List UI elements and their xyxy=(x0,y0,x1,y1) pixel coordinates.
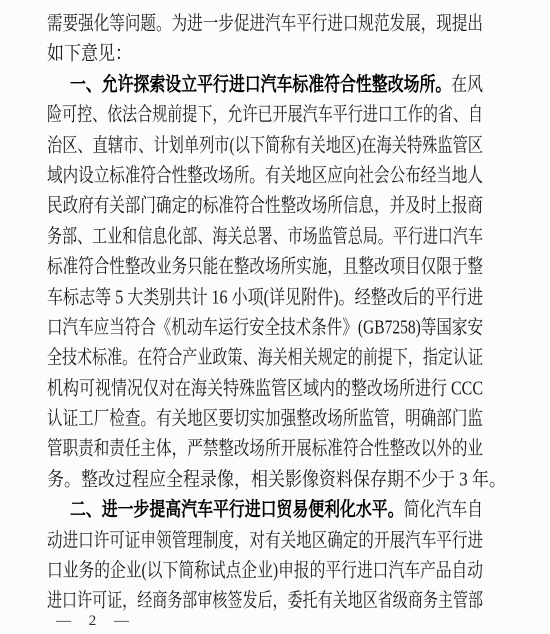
text-line: 标准符合性整改业务只能在整改场所实施，且整改项目仅限于整 xyxy=(47,252,483,282)
text-line: 险可控、依法合规前提下，允许已开展汽车平行进口工作的省、自 xyxy=(47,100,483,130)
body-text: 在风 xyxy=(451,73,483,95)
body-text: 认证工厂检查。有关地区要切实加强整改场所监管，明确部门监 xyxy=(47,408,483,430)
page-number: — 2 — xyxy=(56,612,129,630)
body-text: 民政府有关部门确定的标准符合性整改场所信息，并及时上报商 xyxy=(47,195,483,217)
text-line: 需要强化等问题。为进一步促进汽车平行进口规范发展，现提出 xyxy=(47,9,483,39)
text-line-content: 标准符合性整改业务只能在整改场所实施，且整改项目仅限于整 xyxy=(47,250,483,285)
text-line: 车标志等 5 大类别共计 16 小项(详见附件)。经整改后的平行进 xyxy=(47,283,483,313)
body-text: 标准符合性整改业务只能在整改场所实施，且整改项目仅限于整 xyxy=(47,256,483,278)
body-text: 口汽车应当符合《机动车运行安全技术条件》(GB7258)等国家安 xyxy=(47,316,483,338)
body-text: 务。整改过程应全程录像，相关影像资料保存期不少于 3 年。 xyxy=(47,468,506,490)
body-text: 域内设立标准符合性整改场所。有关地区应向社会公布经当地人 xyxy=(47,164,483,186)
text-line: 域内设立标准符合性整改场所。有关地区应向社会公布经当地人 xyxy=(47,161,483,191)
text-line: 民政府有关部门确定的标准符合性整改场所信息，并及时上报商 xyxy=(47,191,483,221)
body-text: 进口许可证，经商务部审核签发后，委托有关地区省级商务主管部 xyxy=(47,590,483,612)
text-line: 二、进一步提高汽车平行进口贸易便利化水平。简化汽车自 xyxy=(47,495,483,525)
text-line: 治区、直辖市、计划单列市(以下简称有关地区)在海关特殊监管区 xyxy=(47,131,483,161)
section-heading: 一、允许探索设立平行进口汽车标准符合性整改场所。 xyxy=(70,73,451,95)
text-line: 管职责和责任主体，严禁整改场所开展标准符合性整改以外的业 xyxy=(47,434,483,464)
body-text: 简化汽车自 xyxy=(404,499,483,521)
text-line: 机构可视情况仅对在海关特殊监管区域内的整改场所进行 CCC xyxy=(47,374,483,404)
document-body-text: 需要强化等问题。为进一步促进汽车平行进口规范发展，现提出如下意见：一、允许探索设… xyxy=(47,9,483,617)
body-text: 全技术标准。在符合产业政策、海关相关规定的前提下，指定认证 xyxy=(47,347,483,369)
text-line: 如下意见： xyxy=(47,39,483,69)
document-page: 需要强化等问题。为进一步促进汽车平行进口规范发展，现提出如下意见：一、允许探索设… xyxy=(0,0,550,634)
text-line-content: 险可控、依法合规前提下，允许已开展汽车平行进口工作的省、自 xyxy=(47,98,483,133)
body-text: 口业务的企业(以下简称试点企业)申报的平行进口汽车产品自动 xyxy=(47,560,483,582)
body-text: 车标志等 5 大类别共计 16 小项(详见附件)。经整改后的平行进 xyxy=(47,286,483,308)
text-line: 务部、工业和信息化部、海关总署、市场监管总局。平行进口汽车 xyxy=(47,222,483,252)
text-line: 一、允许探索设立平行进口汽车标准符合性整改场所。在风 xyxy=(47,70,483,100)
text-line: 全技术标准。在符合产业政策、海关相关规定的前提下，指定认证 xyxy=(47,343,483,373)
body-text: 如下意见： xyxy=(47,43,132,65)
body-text: 机构可视情况仅对在海关特殊监管区域内的整改场所进行 CCC xyxy=(47,377,483,399)
section-heading: 二、进一步提高汽车平行进口贸易便利化水平。 xyxy=(70,499,404,521)
body-text: 管职责和责任主体，严禁整改场所开展标准符合性整改以外的业 xyxy=(47,438,483,460)
text-line: 口业务的企业(以下简称试点企业)申报的平行进口汽车产品自动 xyxy=(47,556,483,586)
body-text: 治区、直辖市、计划单列市(以下简称有关地区)在海关特殊监管区 xyxy=(47,134,483,156)
text-line: 务。整改过程应全程录像，相关影像资料保存期不少于 3 年。 xyxy=(47,465,483,495)
body-text: 需要强化等问题。为进一步促进汽车平行进口规范发展，现提出 xyxy=(47,12,483,34)
text-line: 动进口许可证申领管理制度，对有关地区确定的开展汽车平行进 xyxy=(47,526,483,556)
body-text: 动进口许可证申领管理制度，对有关地区确定的开展汽车平行进 xyxy=(47,529,483,551)
text-line: 口汽车应当符合《机动车运行安全技术条件》(GB7258)等国家安 xyxy=(47,313,483,343)
body-text: 险可控、依法合规前提下，允许已开展汽车平行进口工作的省、自 xyxy=(47,104,483,126)
text-line: 认证工厂检查。有关地区要切实加强整改场所监管，明确部门监 xyxy=(47,404,483,434)
text-line-content: 二、进一步提高汽车平行进口贸易便利化水平。简化汽车自 xyxy=(70,493,483,528)
body-text: 务部、工业和信息化部、海关总署、市场监管总局。平行进口汽车 xyxy=(47,225,483,247)
